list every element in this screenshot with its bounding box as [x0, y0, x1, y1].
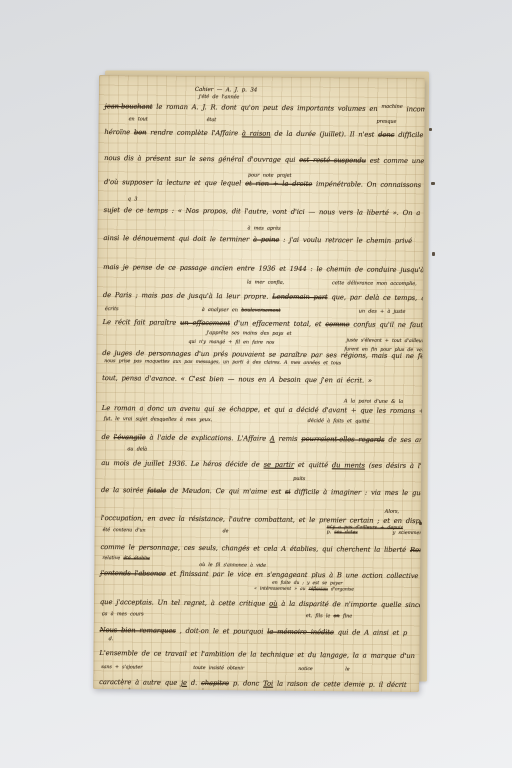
manuscript-line: à mes après — [248, 226, 281, 231]
manuscript-line: A la paroi d'une & la — [344, 399, 403, 405]
manuscript-line: j'entends l'absence et finissant par le … — [100, 570, 418, 580]
manuscript-line: juste s'élevant + tout d'ailleurs — [346, 339, 425, 345]
manuscript-line: où le fil s'annonce à vide — [199, 564, 266, 569]
manuscript-line: le — [345, 668, 349, 673]
manuscript-line: fut, le vrai sujet desquelles à mes yeux… — [104, 417, 212, 423]
manuscript-line: notice — [298, 668, 312, 673]
manuscript-line: de la soirée fatale de Meudon. Ce qui m'… — [101, 487, 425, 497]
manuscript-line: Nous bien remarques , doit-on le et pour… — [100, 627, 408, 637]
manuscript-line: la mer confia, — [247, 280, 284, 285]
manuscript-line: relative été établie — [102, 557, 149, 562]
manuscript-line: presque — [377, 120, 397, 125]
manuscript-line: qui n'y mangé + fil en faire nos — [188, 341, 274, 347]
manuscript-line: et, fils le on fine — [306, 614, 352, 619]
manuscript-line: q 3 — [128, 197, 138, 202]
manuscript-line: puits — [293, 477, 305, 482]
manuscript-line: pour note projet — [248, 173, 291, 178]
manuscript-line: « intéressement » au réflexion d'organis… — [254, 588, 354, 593]
manuscript-line: de Paris ; mais pas de jusqu'à la leur p… — [103, 292, 425, 303]
manuscript-line: écrits — [105, 307, 119, 312]
manuscript-line: de l'évangile à l'aide de explications. … — [101, 434, 424, 444]
manuscript-line: cette délivrance mon accomplie, — [332, 281, 417, 287]
manuscript-line: au delà — [127, 447, 147, 452]
manuscript-line: ainsi le dénouement qui doit le terminer… — [103, 235, 412, 245]
ink-speck — [429, 128, 432, 131]
manuscript-line: mais je pense de ce passage ancien entre… — [103, 264, 425, 274]
manuscript-line: en tout — [129, 117, 148, 122]
ink-speck — [432, 252, 435, 256]
manuscript-line: nous dis à présent sur le sens général d… — [104, 155, 425, 165]
manuscript-line: Le récit fait paraître un effacement d'u… — [103, 319, 425, 329]
manuscript-line: sans + s'ajouter — [101, 666, 142, 671]
ink-speck — [431, 182, 435, 185]
manuscript-line: d. — [109, 637, 114, 642]
manuscript-line: j'été de l'année — [199, 95, 240, 100]
manuscript-line: été contenu d'un — [103, 529, 146, 534]
manuscript-line: de — [223, 530, 229, 535]
manuscript-line: sujet de ce temps : « Nos propos, dit l'… — [104, 207, 425, 217]
manuscript-line: héroïne bon rendre complète l'Affaire à … — [104, 129, 425, 139]
manuscript-line: à analyser en bouleversement — [202, 308, 281, 314]
manuscript-line: comme le personnage, ces seuls, changés … — [100, 544, 425, 554]
manuscript-line: Alors, — [385, 510, 399, 515]
manuscript-line: ça à mes cours — [102, 612, 144, 617]
manuscript-line: j'apprête ses mains des pays et — [206, 331, 291, 337]
manuscript-text-layer: Cahier — A. J. p. 34j'été de l'annéejean… — [93, 75, 425, 692]
manuscript-line: un des + à juste — [359, 310, 406, 315]
manuscript-line: d'où supposer la lecture et que lequel e… — [104, 179, 425, 189]
ink-speck — [419, 522, 422, 525]
manuscript-line: jean-bouchant le roman A. J. R. dont qu'… — [105, 102, 425, 113]
photo-background: Cahier — A. J. p. 34j'été de l'annéejean… — [0, 0, 512, 768]
manuscript-line: état — [207, 118, 217, 123]
manuscript-line: y sciemment — [393, 532, 424, 537]
manuscript-line: tout, pensa d'avance. « C'est bien — nou… — [102, 375, 372, 384]
manuscript-line: nous prise pas maquettes aux pas message… — [104, 360, 341, 367]
manuscript-line: L'ensemble de ce travail et l'ambition d… — [99, 650, 414, 660]
manuscript-line: Le roman a donc un avenu qui se échappe,… — [102, 405, 425, 415]
manuscript-line: — , t . — . ~ — ' . — — . — [103, 687, 256, 692]
manuscript-sheet: Cahier — A. J. p. 34j'été de l'annéejean… — [93, 75, 425, 692]
manuscript-line: p. ses dates — [327, 531, 358, 536]
manuscript-line: que j'acceptais. Un tel regret, à cette … — [100, 599, 425, 609]
manuscript-line: l'occupation, en avec la résistance, l'a… — [101, 515, 425, 525]
manuscript-line: au mois de juillet 1936. Le héros décide… — [101, 460, 425, 470]
manuscript-line: décidé à faits et quitté — [308, 419, 370, 425]
manuscript-line: toute insisté obtenir — [193, 667, 244, 672]
